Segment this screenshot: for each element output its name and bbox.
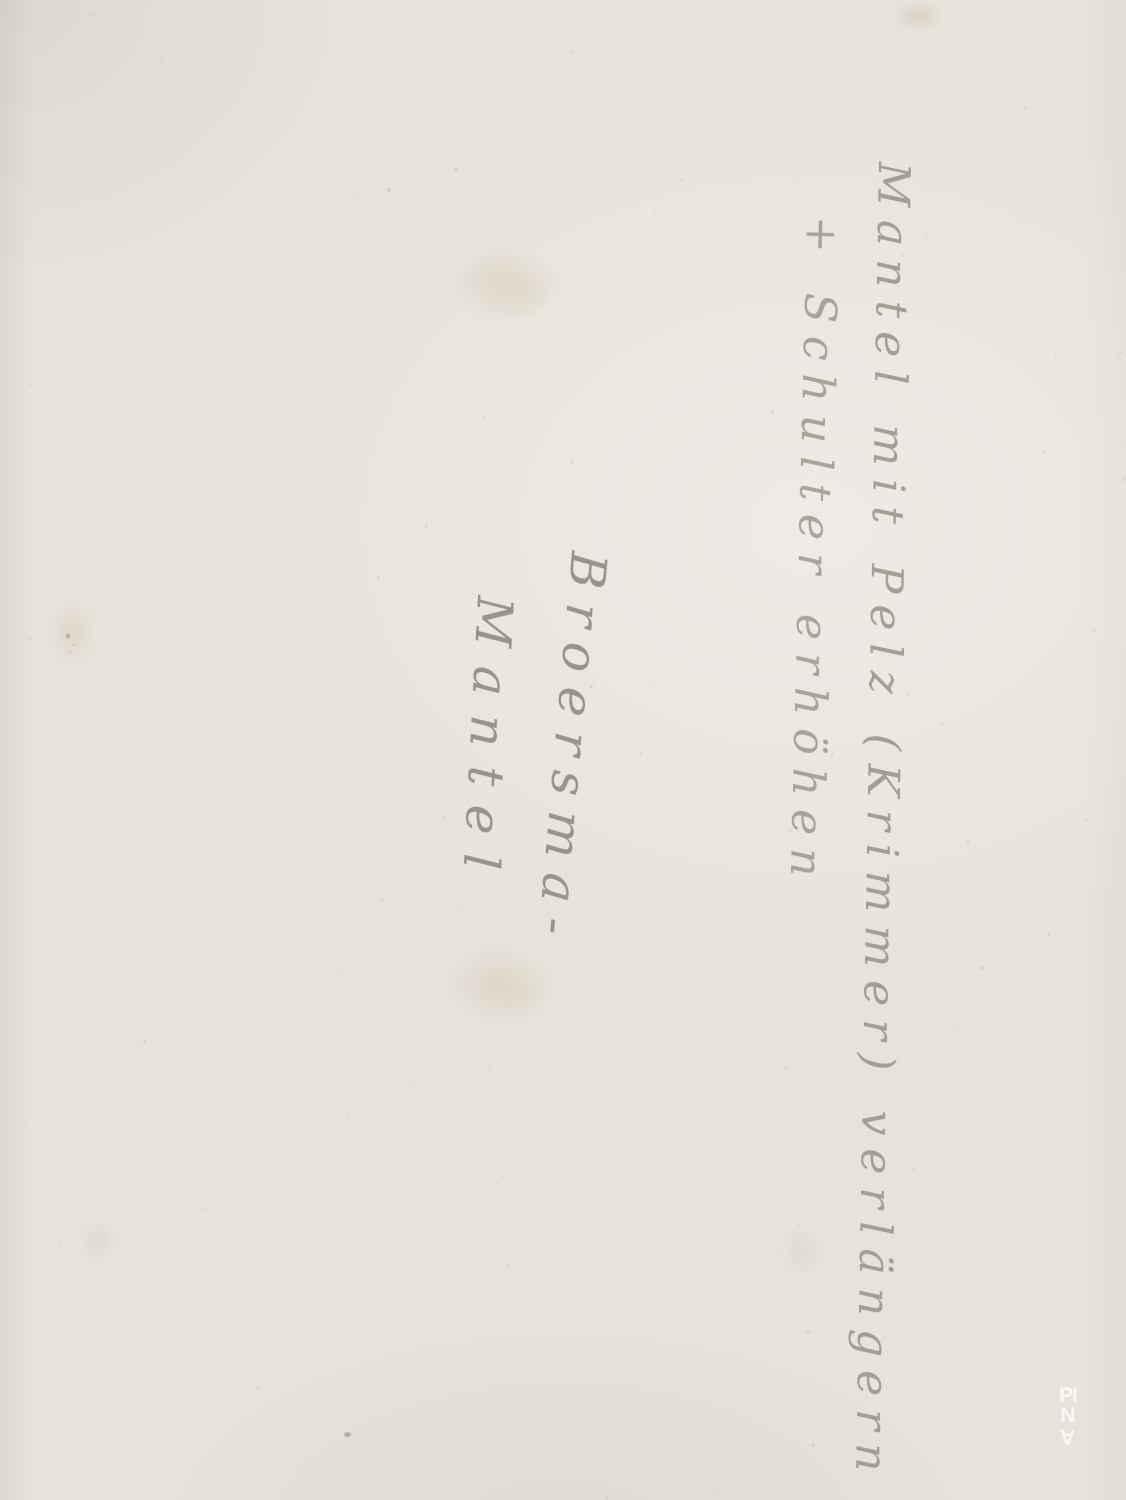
noise-speck — [173, 189, 175, 191]
noise-speck — [998, 1086, 999, 1087]
noise-speck — [970, 895, 973, 897]
noise-speck — [175, 636, 177, 637]
noise-speck — [570, 460, 574, 464]
noise-speck — [133, 1311, 135, 1314]
noise-speck — [29, 637, 32, 640]
noise-speck — [233, 1153, 235, 1155]
bleed-through-mark-upper — [456, 250, 554, 318]
noise-speck — [411, 1081, 414, 1083]
noise-speck — [377, 575, 380, 579]
bleed-through-mark-lower — [448, 950, 548, 1020]
noise-speck — [712, 1492, 714, 1493]
noise-speck — [618, 481, 620, 483]
noise-speck — [640, 752, 642, 755]
noise-speck — [387, 188, 391, 192]
watermark-letter-n: N — [1060, 1406, 1075, 1426]
noise-speck — [654, 212, 656, 214]
noise-speck — [563, 1199, 564, 1200]
noise-speck — [717, 480, 719, 483]
noise-speck — [1092, 628, 1096, 632]
noise-speck — [797, 1224, 801, 1227]
noise-speck — [671, 635, 673, 637]
noise-speck — [335, 1151, 336, 1153]
noise-speck — [452, 50, 454, 52]
noise-speck — [472, 460, 475, 462]
noise-speck — [750, 263, 753, 266]
noise-speck — [602, 1263, 604, 1265]
noise-speck — [841, 930, 842, 931]
noise-speck — [450, 524, 452, 526]
noise-speck — [1039, 906, 1043, 910]
noise-speck — [570, 51, 573, 55]
noise-speck — [1020, 222, 1021, 223]
noise-speck — [457, 909, 460, 912]
noise-speck — [912, 1167, 915, 1171]
noise-speck — [143, 1040, 146, 1044]
noise-speck — [381, 898, 385, 901]
noise-speck — [347, 1113, 350, 1116]
noise-speck — [1048, 933, 1051, 936]
noise-speck — [956, 1024, 960, 1027]
noise-speck — [612, 924, 613, 925]
noise-speck — [483, 415, 486, 419]
paper-stain-top-right — [893, 0, 945, 32]
noise-speck — [967, 1323, 969, 1325]
noise-speck — [584, 307, 585, 308]
noise-speck — [99, 866, 101, 867]
paper-stain-bottom-left — [80, 1222, 116, 1262]
noise-speck — [1119, 352, 1122, 355]
noise-speck — [1002, 826, 1006, 829]
noise-speck — [966, 839, 970, 843]
noise-speck — [502, 1175, 505, 1178]
noise-speck — [22, 1119, 25, 1122]
noise-speck — [656, 1369, 658, 1370]
noise-speck — [1122, 476, 1126, 480]
noise-speck — [29, 383, 33, 387]
noise-speck — [1023, 106, 1027, 110]
noise-speck — [488, 1065, 491, 1068]
speck-cluster-left — [66, 634, 70, 638]
watermark-letters-pi: PI — [1059, 1386, 1077, 1406]
noise-speck — [1085, 819, 1088, 821]
noise-speck — [681, 178, 684, 181]
noise-speck — [605, 1245, 606, 1246]
noise-speck — [335, 988, 338, 991]
noise-speck — [782, 1323, 784, 1325]
noise-speck — [797, 181, 800, 183]
photo-back-paper: Mantel mit Pelz (Krimmer) verlängern + S… — [0, 0, 1126, 1500]
noise-speck — [173, 1225, 174, 1227]
noise-speck — [505, 529, 509, 533]
speck-bottom-center — [344, 1432, 351, 1437]
paper-stain-bottom-right — [780, 1228, 824, 1276]
noise-speck — [439, 324, 442, 327]
noise-speck — [994, 1434, 996, 1436]
noise-speck — [664, 104, 666, 106]
noise-speck — [579, 1073, 581, 1075]
handwritten-note-line1: Mantel mit Pelz (Krimmer) verlängern — [845, 162, 919, 1485]
noise-speck — [721, 153, 723, 156]
noise-speck — [46, 1040, 50, 1043]
noise-speck — [341, 968, 344, 971]
noise-speck — [650, 682, 652, 684]
noise-speck — [784, 1067, 787, 1070]
paper-stain-left — [48, 602, 98, 664]
noise-speck — [605, 1495, 608, 1499]
noise-speck — [354, 194, 356, 196]
noise-speck — [422, 1118, 423, 1119]
noise-speck — [642, 513, 645, 515]
noise-speck — [56, 1295, 59, 1298]
noise-speck — [1023, 341, 1025, 342]
noise-speck — [1077, 432, 1079, 434]
noise-speck — [1123, 440, 1124, 441]
noise-speck — [771, 410, 774, 414]
noise-speck — [216, 671, 217, 672]
noise-speck — [968, 1045, 970, 1046]
noise-speck — [1043, 451, 1044, 452]
noise-speck — [274, 906, 275, 907]
noise-speck — [442, 816, 445, 820]
watermark-letter-a: A — [1060, 1426, 1075, 1446]
handwritten-label-line1: Broersma- — [525, 549, 618, 952]
noise-speck — [780, 639, 782, 641]
noise-speck — [1054, 353, 1056, 356]
noise-speck — [41, 1145, 42, 1146]
noise-speck — [892, 63, 893, 65]
noise-speck — [841, 645, 843, 647]
noise-speck — [4, 1253, 7, 1256]
noise-speck — [92, 14, 96, 17]
noise-speck — [126, 1478, 128, 1479]
noise-speck — [546, 1079, 549, 1081]
noise-speck — [386, 662, 387, 663]
noise-speck — [454, 168, 458, 171]
noise-speck — [442, 1108, 444, 1110]
noise-speck — [1007, 880, 1009, 882]
noise-speck — [902, 82, 903, 83]
noise-speck — [942, 99, 944, 101]
noise-speck — [382, 689, 383, 690]
noise-speck — [161, 59, 164, 62]
noise-speck — [182, 882, 185, 886]
noise-speck — [626, 951, 627, 952]
noise-speck — [941, 723, 944, 726]
noise-speck — [57, 1109, 58, 1110]
noise-speck — [140, 113, 142, 115]
noise-speck — [673, 292, 675, 294]
noise-speck — [201, 1208, 205, 1211]
noise-speck — [658, 1356, 661, 1359]
noise-speck — [1029, 296, 1032, 299]
noise-speck — [59, 1242, 61, 1244]
noise-speck — [710, 924, 712, 925]
noise-speck — [332, 937, 334, 939]
noise-speck — [33, 255, 35, 258]
noise-speck — [507, 1264, 510, 1268]
noise-speck — [425, 525, 428, 527]
noise-speck — [981, 966, 984, 969]
noise-speck — [423, 1456, 424, 1457]
noise-speck — [14, 972, 16, 974]
noise-speck — [259, 137, 261, 139]
noise-speck — [163, 565, 164, 566]
noise-speck — [165, 1455, 167, 1457]
noise-speck — [870, 1493, 872, 1495]
noise-speck — [806, 1329, 810, 1333]
noise-speck — [356, 88, 357, 89]
noise-speck — [122, 1062, 125, 1065]
noise-speck — [631, 645, 633, 647]
handwritten-label-line2: Mantel — [451, 594, 524, 890]
pina-watermark: PI N A — [1052, 1386, 1084, 1446]
noise-speck — [190, 1486, 192, 1487]
noise-speck — [139, 158, 141, 161]
noise-speck — [255, 1387, 257, 1390]
noise-speck — [1046, 1426, 1048, 1428]
noise-speck — [811, 1443, 815, 1447]
noise-speck — [843, 884, 846, 886]
handwritten-note-line2: + Schulter erhöhen — [780, 215, 847, 890]
noise-speck — [459, 409, 460, 410]
noise-speck — [739, 215, 740, 216]
noise-speck — [371, 1167, 372, 1168]
noise-speck — [925, 233, 929, 237]
